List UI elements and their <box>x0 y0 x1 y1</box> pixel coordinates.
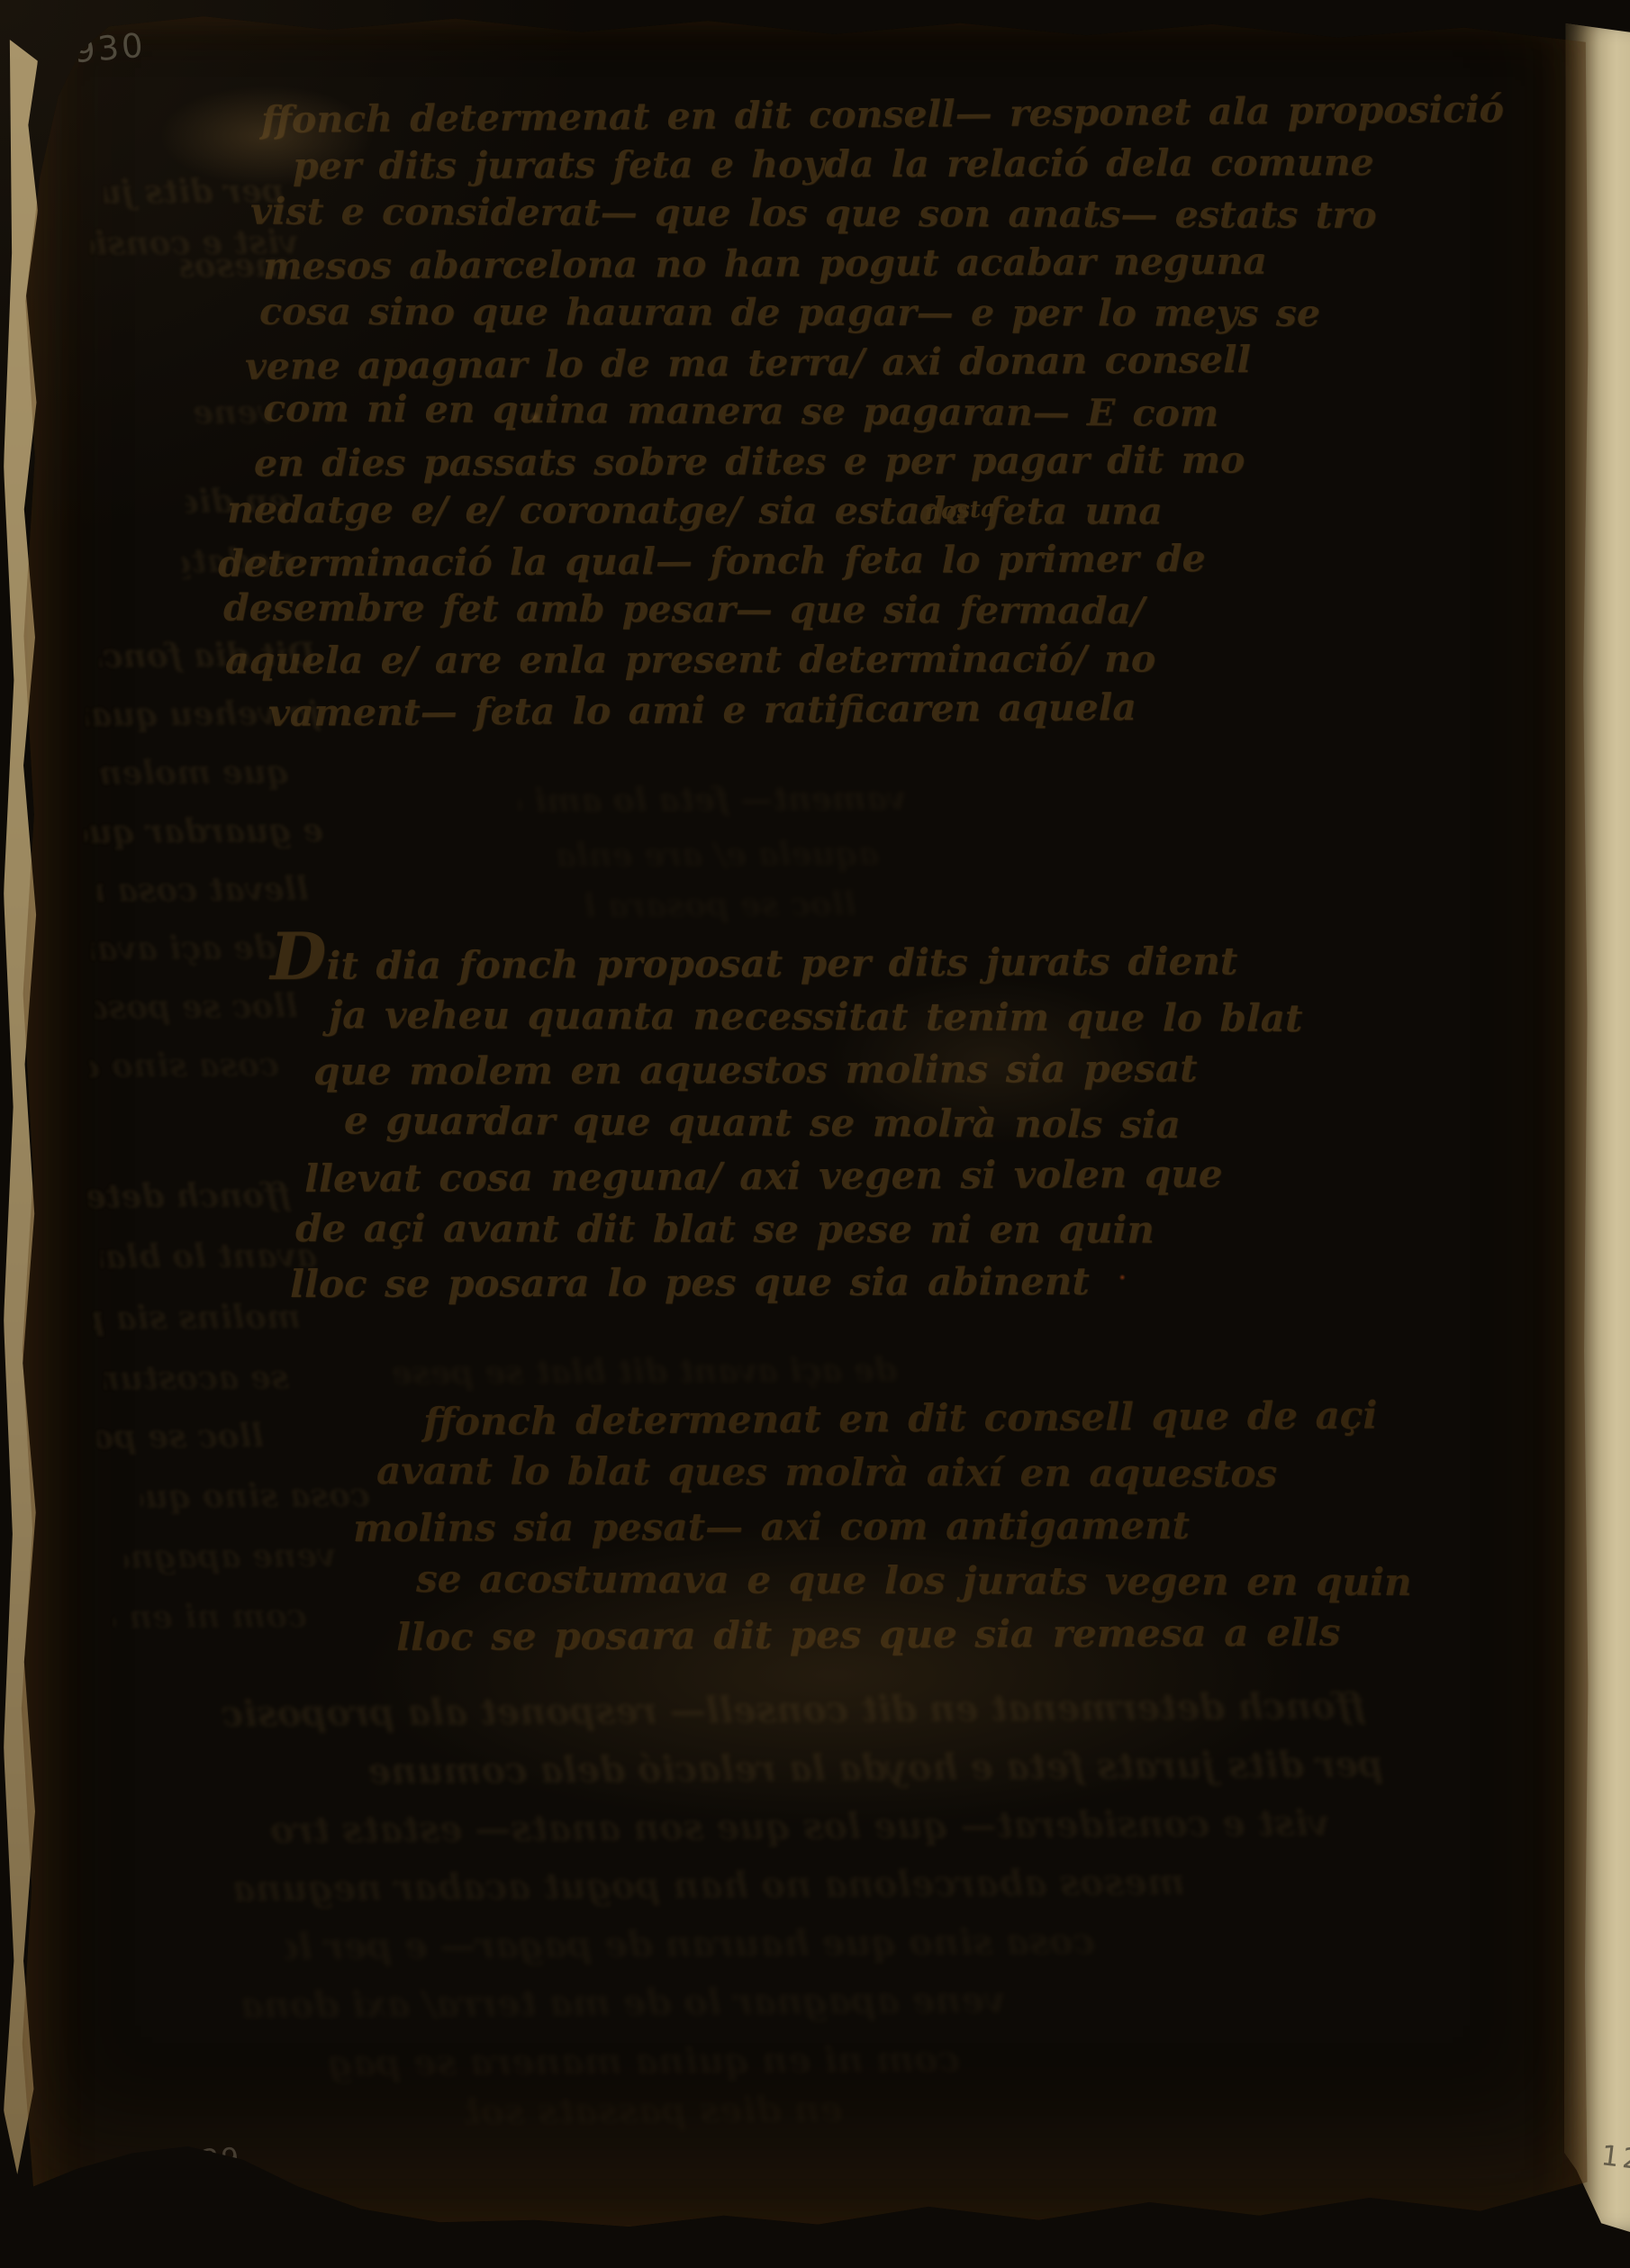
manuscript-line: lloc se posara dit pes que sia remesa a … <box>396 1605 1412 1665</box>
folio-number-bottom: 929 <box>181 2142 241 2177</box>
manuscript-line: vament— feta lo ami e ratificaren aquela <box>268 680 1504 739</box>
bleed-through-line: Dit dia fonch proposat per dits jurats d… <box>100 636 316 676</box>
bleed-through-line: vene apagnar lo de ma terra/ axi donan c… <box>124 1537 336 1576</box>
manuscript-line: ffonch determenat en dit consell que de … <box>423 1388 1412 1449</box>
bleed-through-line: cosa sino que hauran de pagar— e per lo … <box>90 1046 279 1084</box>
next-page-folio-number: 12 <box>1599 2139 1630 2177</box>
manuscript-line: vist e considerat— que los que son anats… <box>250 187 1504 241</box>
manuscript-line: aquela e/ are enla present determinació/… <box>225 634 1504 685</box>
paragraph-3: ffonch determenat en dit consell que de … <box>270 1392 1411 1662</box>
manuscript-line: vene apagnar lo de ma terra/ axi donan c… <box>245 333 1504 392</box>
manuscript-line: ja veheu quanta necessitat tenim que lo … <box>329 988 1303 1045</box>
manuscript-line: com ni en quina manera se pagaran— E com <box>263 384 1504 440</box>
bleed-through-line: se acostumava e que los jurats vegen en … <box>104 1358 289 1397</box>
manuscript-line: molins sia pesat— axi com antigament <box>353 1498 1412 1556</box>
bleed-through-line: de açi avant dit blat se pese ni en quin <box>393 1351 897 1393</box>
bleed-through-line: nedatge e/ e/ coronatge/ sia estada feta… <box>182 542 294 581</box>
bleed-through-line: lloc se posara lo pes que sia abinent <box>586 885 856 925</box>
manuscript-line: llevat cosa neguna/ axi vegen si volen q… <box>304 1147 1303 1205</box>
bleed-through-line: cosa sino que hauran de pagar— e per lo … <box>285 1920 1095 1968</box>
bleed-through-line: aquela e/ are enla present determinació/… <box>555 835 879 875</box>
bleed-through-line: per dits jurats feta e hoyda la relació … <box>177 1743 1383 1793</box>
bleed-through-line: que molem en aquestos molins sia pesat <box>100 753 289 792</box>
bleed-through-line: en dies passats sobre dites e per pagar … <box>465 2089 843 2134</box>
manuscript-line: de açi avant dit blat se pese ni en quin <box>295 1202 1302 1256</box>
bleed-through-line: com ni en quina manera se pagaran— E com <box>330 2038 960 2085</box>
paragraph-1: ffonch determenat en dit consell— respon… <box>243 90 1504 734</box>
manuscript-line: mesos abarcelona no han pogut acabar neg… <box>263 235 1504 291</box>
interlinear-note: nosta <box>923 495 996 526</box>
manuscript-line: desembre fet amb pesar— que sia fermada/ <box>223 584 1504 638</box>
bleed-through-line: vene apagnar lo de ma terra/ axi donan c… <box>191 394 276 432</box>
bleed-through-line: per dits jurats feta e hoyda la relació … <box>104 172 285 211</box>
bleed-through-line: llevat cosa neguna/ axi vegen si volen q… <box>97 870 309 910</box>
manuscript-line: e guardar que quant se molrà nols sia <box>344 1093 1303 1152</box>
manuscript-photo: 12 930 929 ffonch determenat en dit cons… <box>0 0 1630 2268</box>
bleed-through-line: com ni en quina manera se pagaran— E com <box>113 1597 307 1637</box>
bleed-through-line: molins sia pesat— axi com antigament <box>94 1298 301 1338</box>
bleed-through-line: en dies passats sobre dites e per pagar … <box>186 483 289 522</box>
manuscript-line: nedatge e/ e/ coronatge/ sia estada feta… <box>227 485 1504 537</box>
manuscript-line: que molem en aquestos molins sia pesat <box>313 1041 1303 1098</box>
bleed-through-line: e guardar que quant se molrà nols sia <box>85 812 323 851</box>
manuscript-line: en dies passats sobre dites e per pagar … <box>254 435 1504 489</box>
manuscript-line: determinació la qual— fonch feta lo prim… <box>218 532 1504 588</box>
bleed-through-line: ja veheu quanta necessitat tenim que lo … <box>86 694 321 734</box>
bleed-through-line: vist e considerat— que los que son anats… <box>168 1801 1329 1852</box>
bleed-through-line: ffonch determenat en dit consell que de … <box>88 1176 291 1216</box>
folio-number-top: 930 <box>72 26 147 71</box>
manuscript-line: avant lo blat ques molrà així en aquesto… <box>376 1444 1412 1501</box>
manuscript-line: lloc se posara lo pes que sia abinent <box>290 1254 1303 1311</box>
bleed-through-line: lloc se posara dit pes que sia remesa a … <box>97 1417 264 1456</box>
bleed-through-line: lloc se posara lo pes que sia abinent <box>95 987 298 1027</box>
bleed-through-line: cosa sino que hauran de pagar— e per lo … <box>140 1476 370 1516</box>
bleed-through-line: vene apagnar lo de ma terra/ axi donan c… <box>240 1979 1005 2027</box>
manuscript-line: cosa sino que hauran de pagar— e per lo … <box>259 287 1504 339</box>
bleed-through-line: ffonch determenat en dit consell— respon… <box>222 1685 1365 1736</box>
manuscript-line: ffonch determenat en dit consell— respon… <box>261 85 1504 145</box>
manuscript-line: Dit dia fonch proposat per dits jurats d… <box>270 934 1303 993</box>
bleed-through-line: vament— feta lo ami e ratificaren aquela <box>519 779 906 820</box>
paragraph-2: Dit dia fonch proposat per dits jurats d… <box>261 937 1302 1309</box>
bleed-through-line: avant lo blat ques molrà així en aquesto… <box>101 1237 317 1276</box>
bleed-through-line: mesos abarcelona no han pogut acabar neg… <box>195 1861 1185 1910</box>
bleed-through-line: mesos abarcelona no han pogut acabar neg… <box>181 247 289 286</box>
manuscript-line: se acostumava e que los jurats vegen en … <box>416 1552 1412 1610</box>
manuscript-page: 930 929 ffonch determenat en dit consell… <box>14 11 1590 2245</box>
manuscript-line: per dits jurats feta e hoyda la relació … <box>293 138 1504 192</box>
bleed-through-line: de açi avant dit blat se pese ni en quin <box>92 929 276 967</box>
